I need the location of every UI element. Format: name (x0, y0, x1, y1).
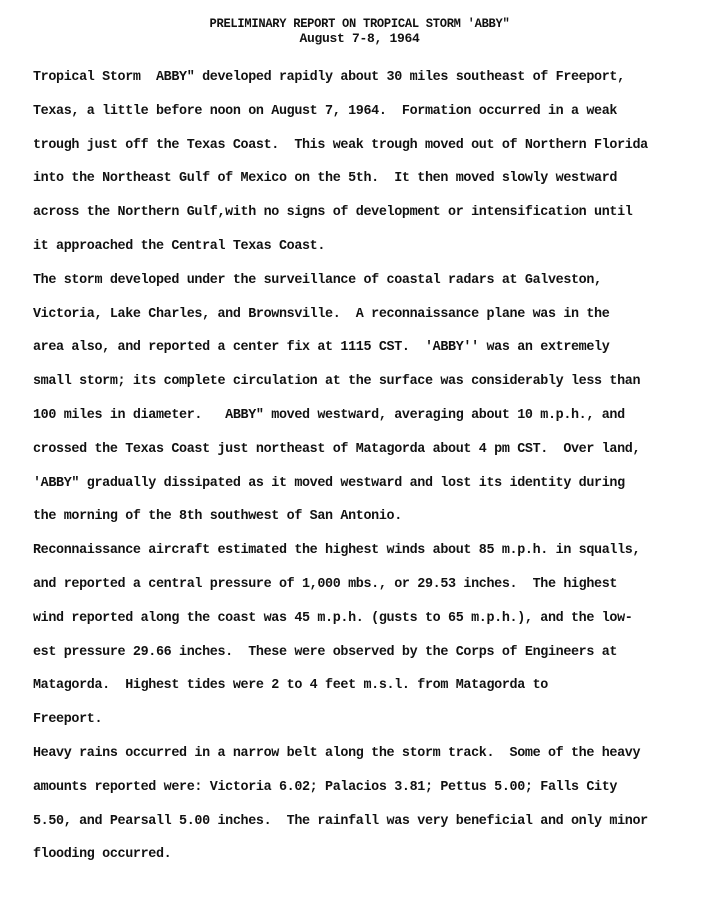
paragraph-rainfall: Heavy rains occurred in a narrow belt al… (33, 744, 723, 879)
text-line: Matagorda. Highest tides were 2 to 4 fee… (33, 676, 723, 710)
text-line: Victoria, Lake Charles, and Brownsville.… (33, 305, 723, 339)
text-line: trough just off the Texas Coast. This we… (33, 136, 723, 170)
text-line: across the Northern Gulf,with no signs o… (33, 203, 723, 237)
paragraph-formation: Tropical Storm ABBY" developed rapidly a… (33, 68, 723, 271)
report-date: August 7-8, 1964 (0, 31, 727, 47)
text-line: 5.50, and Pearsall 5.00 inches. The rain… (33, 812, 723, 846)
text-line: area also, and reported a center fix at … (33, 338, 723, 372)
document-page: PRELIMINARY REPORT ON TROPICAL STORM 'AB… (0, 0, 727, 903)
text-line: it approached the Central Texas Coast. (33, 237, 723, 271)
text-line: amounts reported were: Victoria 6.02; Pa… (33, 778, 723, 812)
paragraph-surveillance: The storm developed under the surveillan… (33, 271, 723, 541)
report-body: Tropical Storm ABBY" developed rapidly a… (33, 68, 723, 879)
text-line: the morning of the 8th southwest of San … (33, 507, 723, 541)
text-line: small storm; its complete circulation at… (33, 372, 723, 406)
text-line: Heavy rains occurred in a narrow belt al… (33, 744, 723, 778)
text-line: Tropical Storm ABBY" developed rapidly a… (33, 68, 723, 102)
text-line: into the Northeast Gulf of Mexico on the… (33, 169, 723, 203)
paragraph-winds-pressure: Reconnaissance aircraft estimated the hi… (33, 541, 723, 744)
text-line: est pressure 29.66 inches. These were ob… (33, 643, 723, 677)
text-line: wind reported along the coast was 45 m.p… (33, 609, 723, 643)
text-line: The storm developed under the surveillan… (33, 271, 723, 305)
text-line: and reported a central pressure of 1,000… (33, 575, 723, 609)
text-line: Texas, a little before noon on August 7,… (33, 102, 723, 136)
title-block: PRELIMINARY REPORT ON TROPICAL STORM 'AB… (0, 16, 727, 47)
text-line: 100 miles in diameter. ABBY" moved westw… (33, 406, 723, 440)
report-title: PRELIMINARY REPORT ON TROPICAL STORM 'AB… (18, 16, 702, 31)
text-line: flooding occurred. (33, 845, 723, 879)
text-line: Reconnaissance aircraft estimated the hi… (33, 541, 723, 575)
text-line: Freeport. (33, 710, 723, 744)
text-line: 'ABBY" gradually dissipated as it moved … (33, 474, 723, 508)
text-line: crossed the Texas Coast just northeast o… (33, 440, 723, 474)
